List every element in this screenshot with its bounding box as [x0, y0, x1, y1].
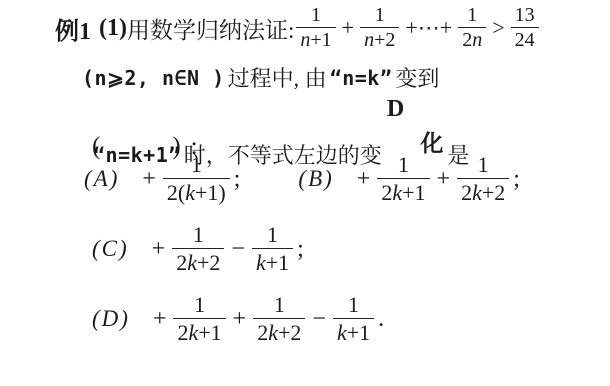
example-label: 例1 [55, 11, 91, 46]
numerator: 1 [396, 152, 411, 178]
denominator: 2n [458, 27, 486, 52]
numerator: 1 [346, 292, 361, 318]
minus-operator: − [231, 236, 245, 263]
part-label: (1) [99, 15, 127, 42]
numerator: 1 [191, 222, 206, 248]
plus-operator: + [152, 236, 166, 263]
glitch-overlay-char: D [387, 96, 404, 123]
option-A: (A)+12(k+1); [84, 152, 240, 207]
intro-text: 用数学归纳法证: [127, 12, 294, 45]
minus-operator: − [312, 306, 326, 333]
option-label: (B) [298, 166, 333, 192]
plus-operator: + [153, 306, 167, 333]
numerator: 13 [513, 4, 537, 27]
denominator: n+2 [360, 27, 399, 52]
numerator: 1 [265, 222, 280, 248]
option-label: (C) [92, 236, 129, 262]
numerator: 1 [465, 4, 479, 27]
numerator: 1 [373, 4, 387, 27]
numerator: 1 [189, 152, 204, 178]
numerator: 1 [272, 292, 287, 318]
option-C: (C)+12k+2−1k+1; [92, 222, 304, 277]
fraction-1-over-n-plus-1: 1 n+1 [296, 4, 335, 52]
fraction: 1k+1 [252, 222, 293, 277]
option-label: (A) [84, 166, 119, 192]
denominator: 2k+2 [172, 248, 224, 276]
option-B: (B)+12k+1+12k+2; [298, 152, 520, 207]
options-row-c: (C)+12k+2−1k+1; [92, 222, 304, 277]
options-row-d: (D)+12k+1+12k+2−1k+1. [92, 292, 384, 347]
options-row-a-b: (A)+12(k+1); (B)+12k+1+12k+2; [84, 152, 520, 207]
fraction: 12k+2 [253, 292, 305, 347]
denominator: k+1 [333, 318, 374, 346]
denominator: 2k+2 [253, 318, 305, 346]
denominator: n+1 [296, 27, 335, 52]
fraction: 12k+1 [377, 152, 429, 207]
option-D: (D)+12k+1+12k+2−1k+1. [92, 292, 384, 347]
fraction-1-over-n-plus-2: 1 n+2 [360, 4, 399, 52]
greater-than-operator: > [492, 15, 504, 41]
domain-condition: (n⩾2, n∈N ) [82, 66, 225, 90]
option-label: (D) [92, 306, 130, 332]
plus-operator: + [233, 306, 247, 333]
textbook-problem-page: 例1 (1) 用数学归纳法证: 1 n+1 + 1 n+2 +⋯+ 1 2n >… [0, 0, 610, 386]
plus-operator: + [342, 15, 354, 41]
punctuation: . [378, 306, 384, 333]
condition-line: (n⩾2, n∈N ) 过程中, 由 “n=k” 变到 [82, 62, 442, 93]
fraction-13-over-24: 13 24 [511, 4, 539, 52]
denominator: k+1 [252, 248, 293, 276]
punctuation: ; [234, 166, 241, 193]
fraction: 12(k+1) [163, 152, 230, 207]
fraction-1-over-2n: 1 2n [458, 4, 486, 52]
denominator: 2(k+1) [163, 178, 230, 206]
denominator: 24 [511, 27, 539, 52]
fraction: 12k+1 [173, 292, 225, 347]
numerator: 1 [309, 4, 323, 27]
numerator: 1 [192, 292, 207, 318]
condition-text-a: 过程中, 由 [228, 62, 327, 93]
ellipsis-operator: +⋯+ [405, 15, 452, 41]
condition-text-b: 变到 [395, 62, 439, 93]
fraction: 12k+2 [172, 222, 224, 277]
denominator: 2k+2 [457, 178, 509, 206]
fraction: 12k+2 [457, 152, 509, 207]
punctuation: ; [297, 236, 304, 263]
plus-operator: + [142, 166, 156, 193]
denominator: 2k+1 [377, 178, 429, 206]
fraction: 1k+1 [333, 292, 374, 347]
denominator: 2k+1 [173, 318, 225, 346]
punctuation: ; [513, 166, 520, 193]
numerator: 1 [476, 152, 491, 178]
quoted-n-equals-k: “n=k” [330, 66, 393, 90]
plus-operator: + [357, 166, 371, 193]
problem-statement-line: 例1 (1) 用数学归纳法证: 1 n+1 + 1 n+2 +⋯+ 1 2n >… [55, 4, 541, 52]
plus-operator: + [437, 166, 451, 193]
